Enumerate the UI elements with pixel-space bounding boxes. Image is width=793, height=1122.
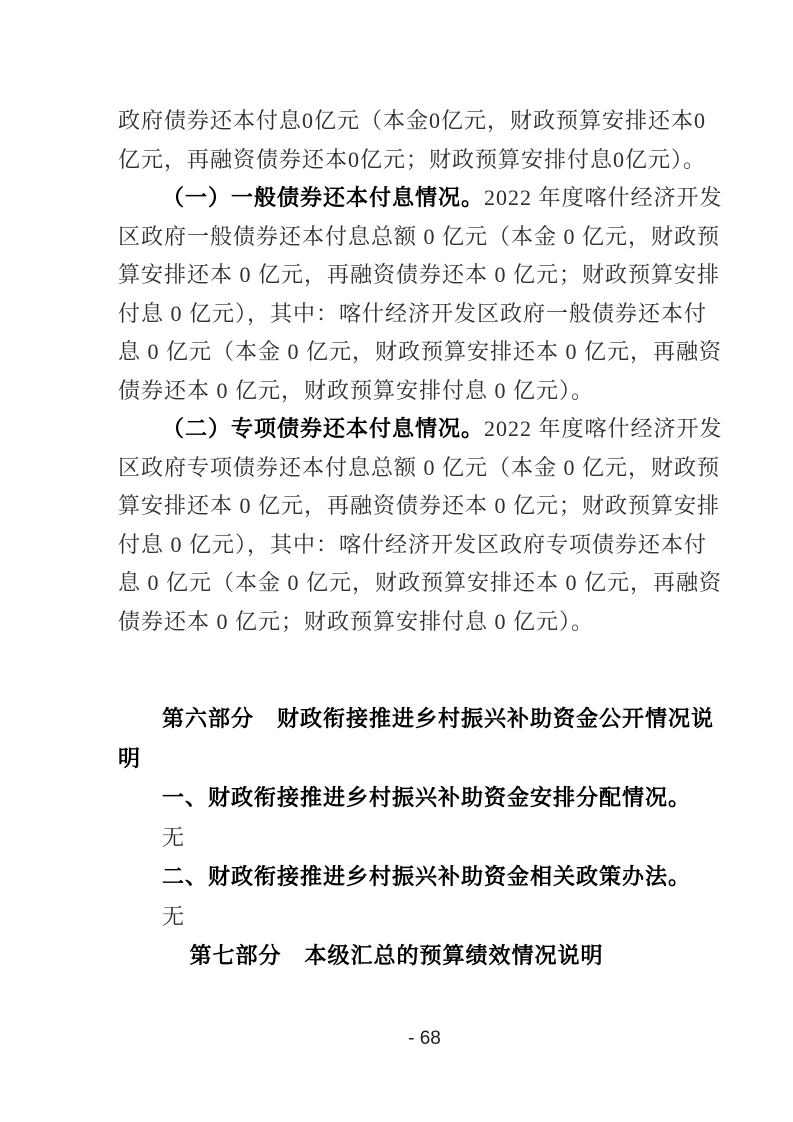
- document-page: 政府债券还本付息0亿元（本金0亿元，财政预算安排还本0 亿元，再融资债券还本0亿…: [0, 0, 793, 1122]
- section-six-heading-line2: 明: [118, 739, 675, 779]
- page-number: - 68: [408, 1028, 441, 1049]
- text-run: 2022 年度喀什经济开发: [484, 185, 723, 210]
- section-six-item1-value: 无: [118, 818, 675, 858]
- subsection-title-special-bonds: （二）专项债券还本付息情况。: [162, 416, 484, 441]
- section-seven-heading: 第七部分 本级汇总的预算绩效情况说明: [118, 936, 675, 976]
- text-run: 2022 年度喀什经济开发: [484, 416, 723, 441]
- section-six-item2-value: 无: [118, 897, 675, 937]
- text-line: 亿元，再融资债券还本0亿元；财政预算安排付息0亿元）。: [118, 141, 675, 180]
- text-line: 区政府专项债券还本付息总额 0 亿元（本金 0 亿元，财政预: [118, 449, 675, 488]
- text-line: 息 0 亿元（本金 0 亿元，财政预算安排还本 0 亿元，再融资: [118, 564, 675, 603]
- text-line: （一）一般债券还本付息情况。2022 年度喀什经济开发: [118, 179, 675, 218]
- text-line: 政府债券还本付息0亿元（本金0亿元，财政预算安排还本0: [118, 102, 675, 141]
- text-line: 息 0 亿元（本金 0 亿元，财政预算安排还本 0 亿元，再融资: [118, 333, 675, 372]
- text-line: （二）专项债券还本付息情况。2022 年度喀什经济开发: [118, 410, 675, 449]
- text-line: 付息 0 亿元），其中：喀什经济开发区政府专项债券还本付: [118, 526, 675, 565]
- section-gap: [118, 641, 675, 699]
- text-line: 区政府一般债券还本付息总额 0 亿元（本金 0 亿元，财政预: [118, 218, 675, 257]
- paragraph-special-bonds: （二）专项债券还本付息情况。2022 年度喀什经济开发 区政府专项债券还本付息总…: [118, 410, 675, 641]
- section-six-heading-line1: 第六部分 财政衔接推进乡村振兴补助资金公开情况说: [118, 699, 675, 739]
- paragraph-debt-service-intro: 政府债券还本付息0亿元（本金0亿元，财政预算安排还本0 亿元，再融资债券还本0亿…: [118, 102, 675, 179]
- text-line: 债券还本 0 亿元；财政预算安排付息 0 亿元）。: [118, 603, 675, 642]
- text-line: 算安排还本 0 亿元，再融资债券还本 0 亿元；财政预算安排: [118, 256, 675, 295]
- text-line: 算安排还本 0 亿元，再融资债券还本 0 亿元；财政预算安排: [118, 487, 675, 526]
- section-six: 第六部分 财政衔接推进乡村振兴补助资金公开情况说 明 一、财政衔接推进乡村振兴补…: [118, 699, 675, 976]
- text-line: 付息 0 亿元），其中：喀什经济开发区政府一般债券还本付: [118, 295, 675, 334]
- subsection-title-general-bonds: （一）一般债券还本付息情况。: [162, 185, 484, 210]
- text-line: 债券还本 0 亿元，财政预算安排付息 0 亿元）。: [118, 372, 675, 411]
- section-six-item1-heading: 一、财政衔接推进乡村振兴补助资金安排分配情况。: [118, 778, 675, 818]
- paragraph-general-bonds: （一）一般债券还本付息情况。2022 年度喀什经济开发 区政府一般债券还本付息总…: [118, 179, 675, 410]
- document-body: 政府债券还本付息0亿元（本金0亿元，财政预算安排还本0 亿元，再融资债券还本0亿…: [118, 102, 675, 976]
- page-footer: - 68: [0, 1028, 793, 1050]
- section-six-item2-heading: 二、财政衔接推进乡村振兴补助资金相关政策办法。: [118, 857, 675, 897]
